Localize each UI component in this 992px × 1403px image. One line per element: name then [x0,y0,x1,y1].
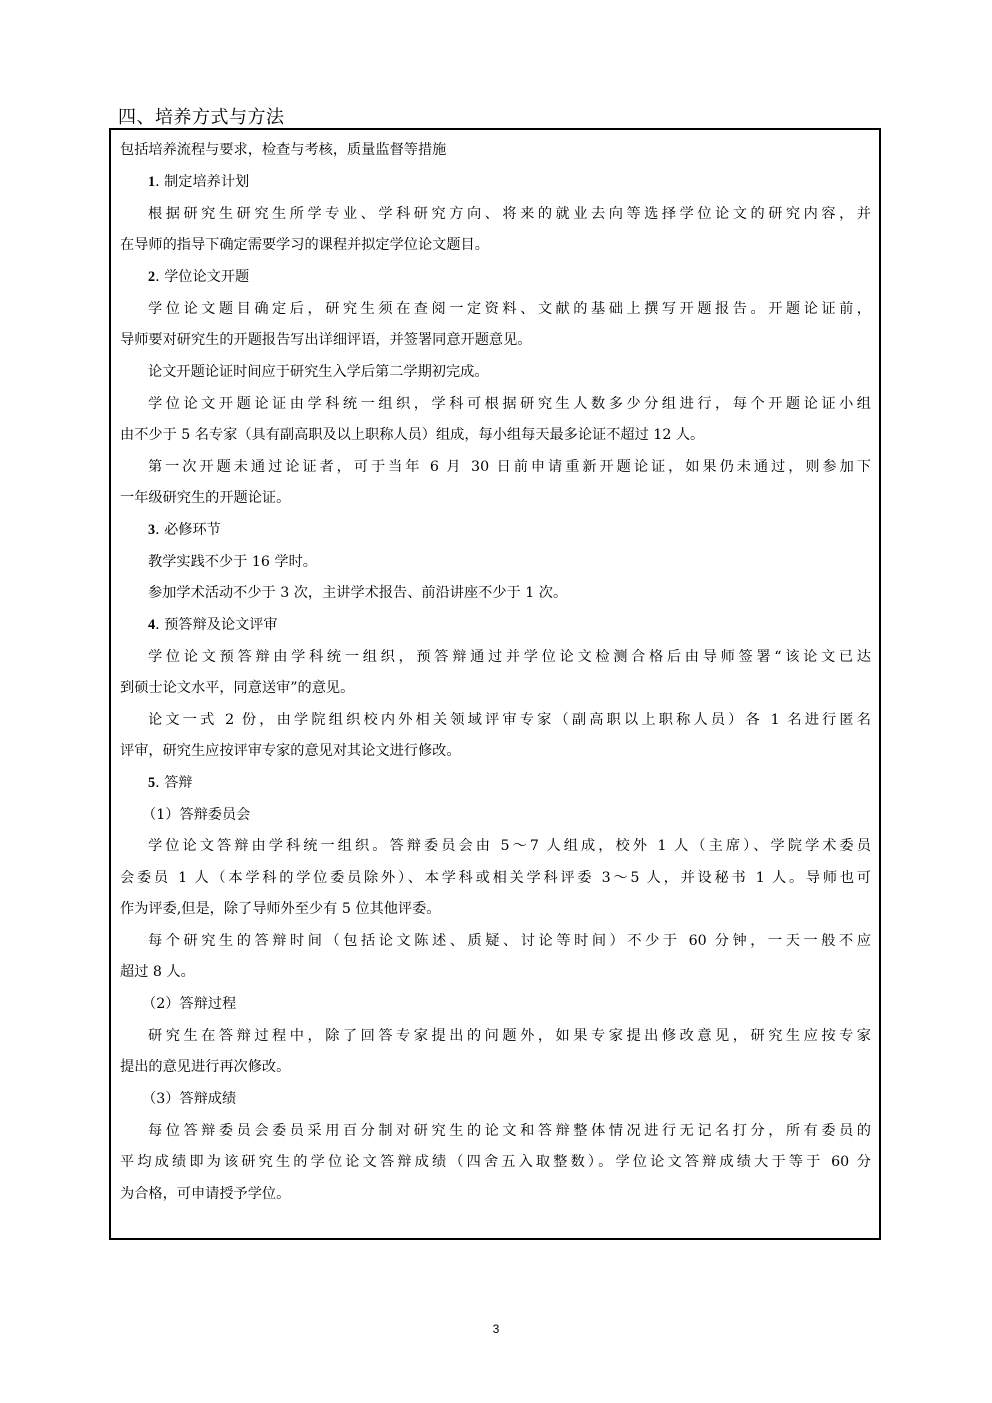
paragraph-line: 会委员 1 人（本学科的学位委员除外）、本学科或相关学科评委 3～5 人，并设秘… [120,868,871,888]
paragraph-line: 教学实践不少于 16 学时。 [120,552,871,572]
page-number: 3 [0,1322,992,1336]
paragraph-line: 到硕士论文水平，同意送审”的意见。 [120,678,871,698]
heading-1: 1. 制定培养计划 [120,172,871,192]
paragraph-line: 论文开题论证时间应于研究生入学后第二学期初完成。 [120,362,871,382]
paragraph-line: 学位论文开题论证由学科统一组织，学科可根据研究生人数多少分组进行，每个开题论证小… [120,394,871,414]
subheading: （2）答辩过程 [120,994,871,1014]
paragraph-line: 学位论文题目确定后，研究生须在查阅一定资料、文献的基础上撰写开题报告。开题论证前… [120,299,871,319]
paragraph-line: 根据研究生研究生所学专业、学科研究方向、将来的就业去向等选择学位论文的研究内容，… [120,204,871,224]
paragraph-line: 评审，研究生应按评审专家的意见对其论文进行修改。 [120,741,871,761]
paragraph-line: 第一次开题未通过论证者，可于当年 6 月 30 日前申请重新开题论证，如果仍未通… [120,457,871,477]
paragraph-line: 论文一式 2 份，由学院组织校内外相关领域评审专家（副高职以上职称人员）各 1 … [120,710,871,730]
paragraph-line: 平均成绩即为该研究生的学位论文答辩成绩（四舍五入取整数）。学位论文答辩成绩大于等… [120,1152,871,1172]
subheading: （3）答辩成绩 [120,1089,871,1109]
paragraph-line: 超过 8 人。 [120,962,871,982]
paragraph-line: 每个研究生的答辩时间（包括论文陈述、质疑、讨论等时间）不少于 60 分钟，一天一… [120,931,871,951]
heading-4: 4. 预答辩及论文评审 [120,615,871,635]
paragraph-line: 参加学术活动不少于 3 次，主讲学术报告、前沿讲座不少于 1 次。 [120,583,871,603]
paragraph-line: 导师要对研究生的开题报告写出详细评语，并签署同意开题意见。 [120,330,871,350]
paragraph-line: 作为评委,但是，除了导师外至少有 5 位其他评委。 [120,899,871,919]
paragraph-line: 研究生在答辩过程中，除了回答专家提出的问题外，如果专家提出修改意见，研究生应按专… [120,1026,871,1046]
paragraph-line: 在导师的指导下确定需要学习的课程并拟定学位论文题目。 [120,235,871,255]
paragraph-line: 每位答辩委员会委员采用百分制对研究生的论文和答辩整体情况进行无记名打分，所有委员… [120,1121,871,1141]
paragraph-line: 提出的意见进行再次修改。 [120,1057,871,1077]
section-title: 四、培养方式与方法 [118,103,285,129]
paragraph-line: 由不少于 5 名专家（具有副高职及以上职称人员）组成，每小组每天最多论证不超过 … [120,425,871,445]
paragraph-line: 一年级研究生的开题论证。 [120,488,871,508]
heading-5: 5. 答辩 [120,773,871,793]
subheading: （1）答辩委员会 [120,805,871,825]
paragraph-line: 学位论文预答辩由学科统一组织，预答辩通过并学位论文检测合格后由导师签署“该论文已… [120,647,871,667]
heading-2: 2. 学位论文开题 [120,267,871,287]
paragraph-line: 为合格，可申请授予学位。 [120,1184,871,1204]
section-intro: 包括培养流程与要求，检查与考核，质量监督等措施 [120,140,871,160]
heading-3: 3. 必修环节 [120,520,871,540]
paragraph-line: 学位论文答辩由学科统一组织。答辩委员会由 5～7 人组成，校外 1 人（主席）、… [120,836,871,856]
content-box: 包括培养流程与要求，检查与考核，质量监督等措施 1. 制定培养计划 根据研究生研… [109,128,881,1240]
